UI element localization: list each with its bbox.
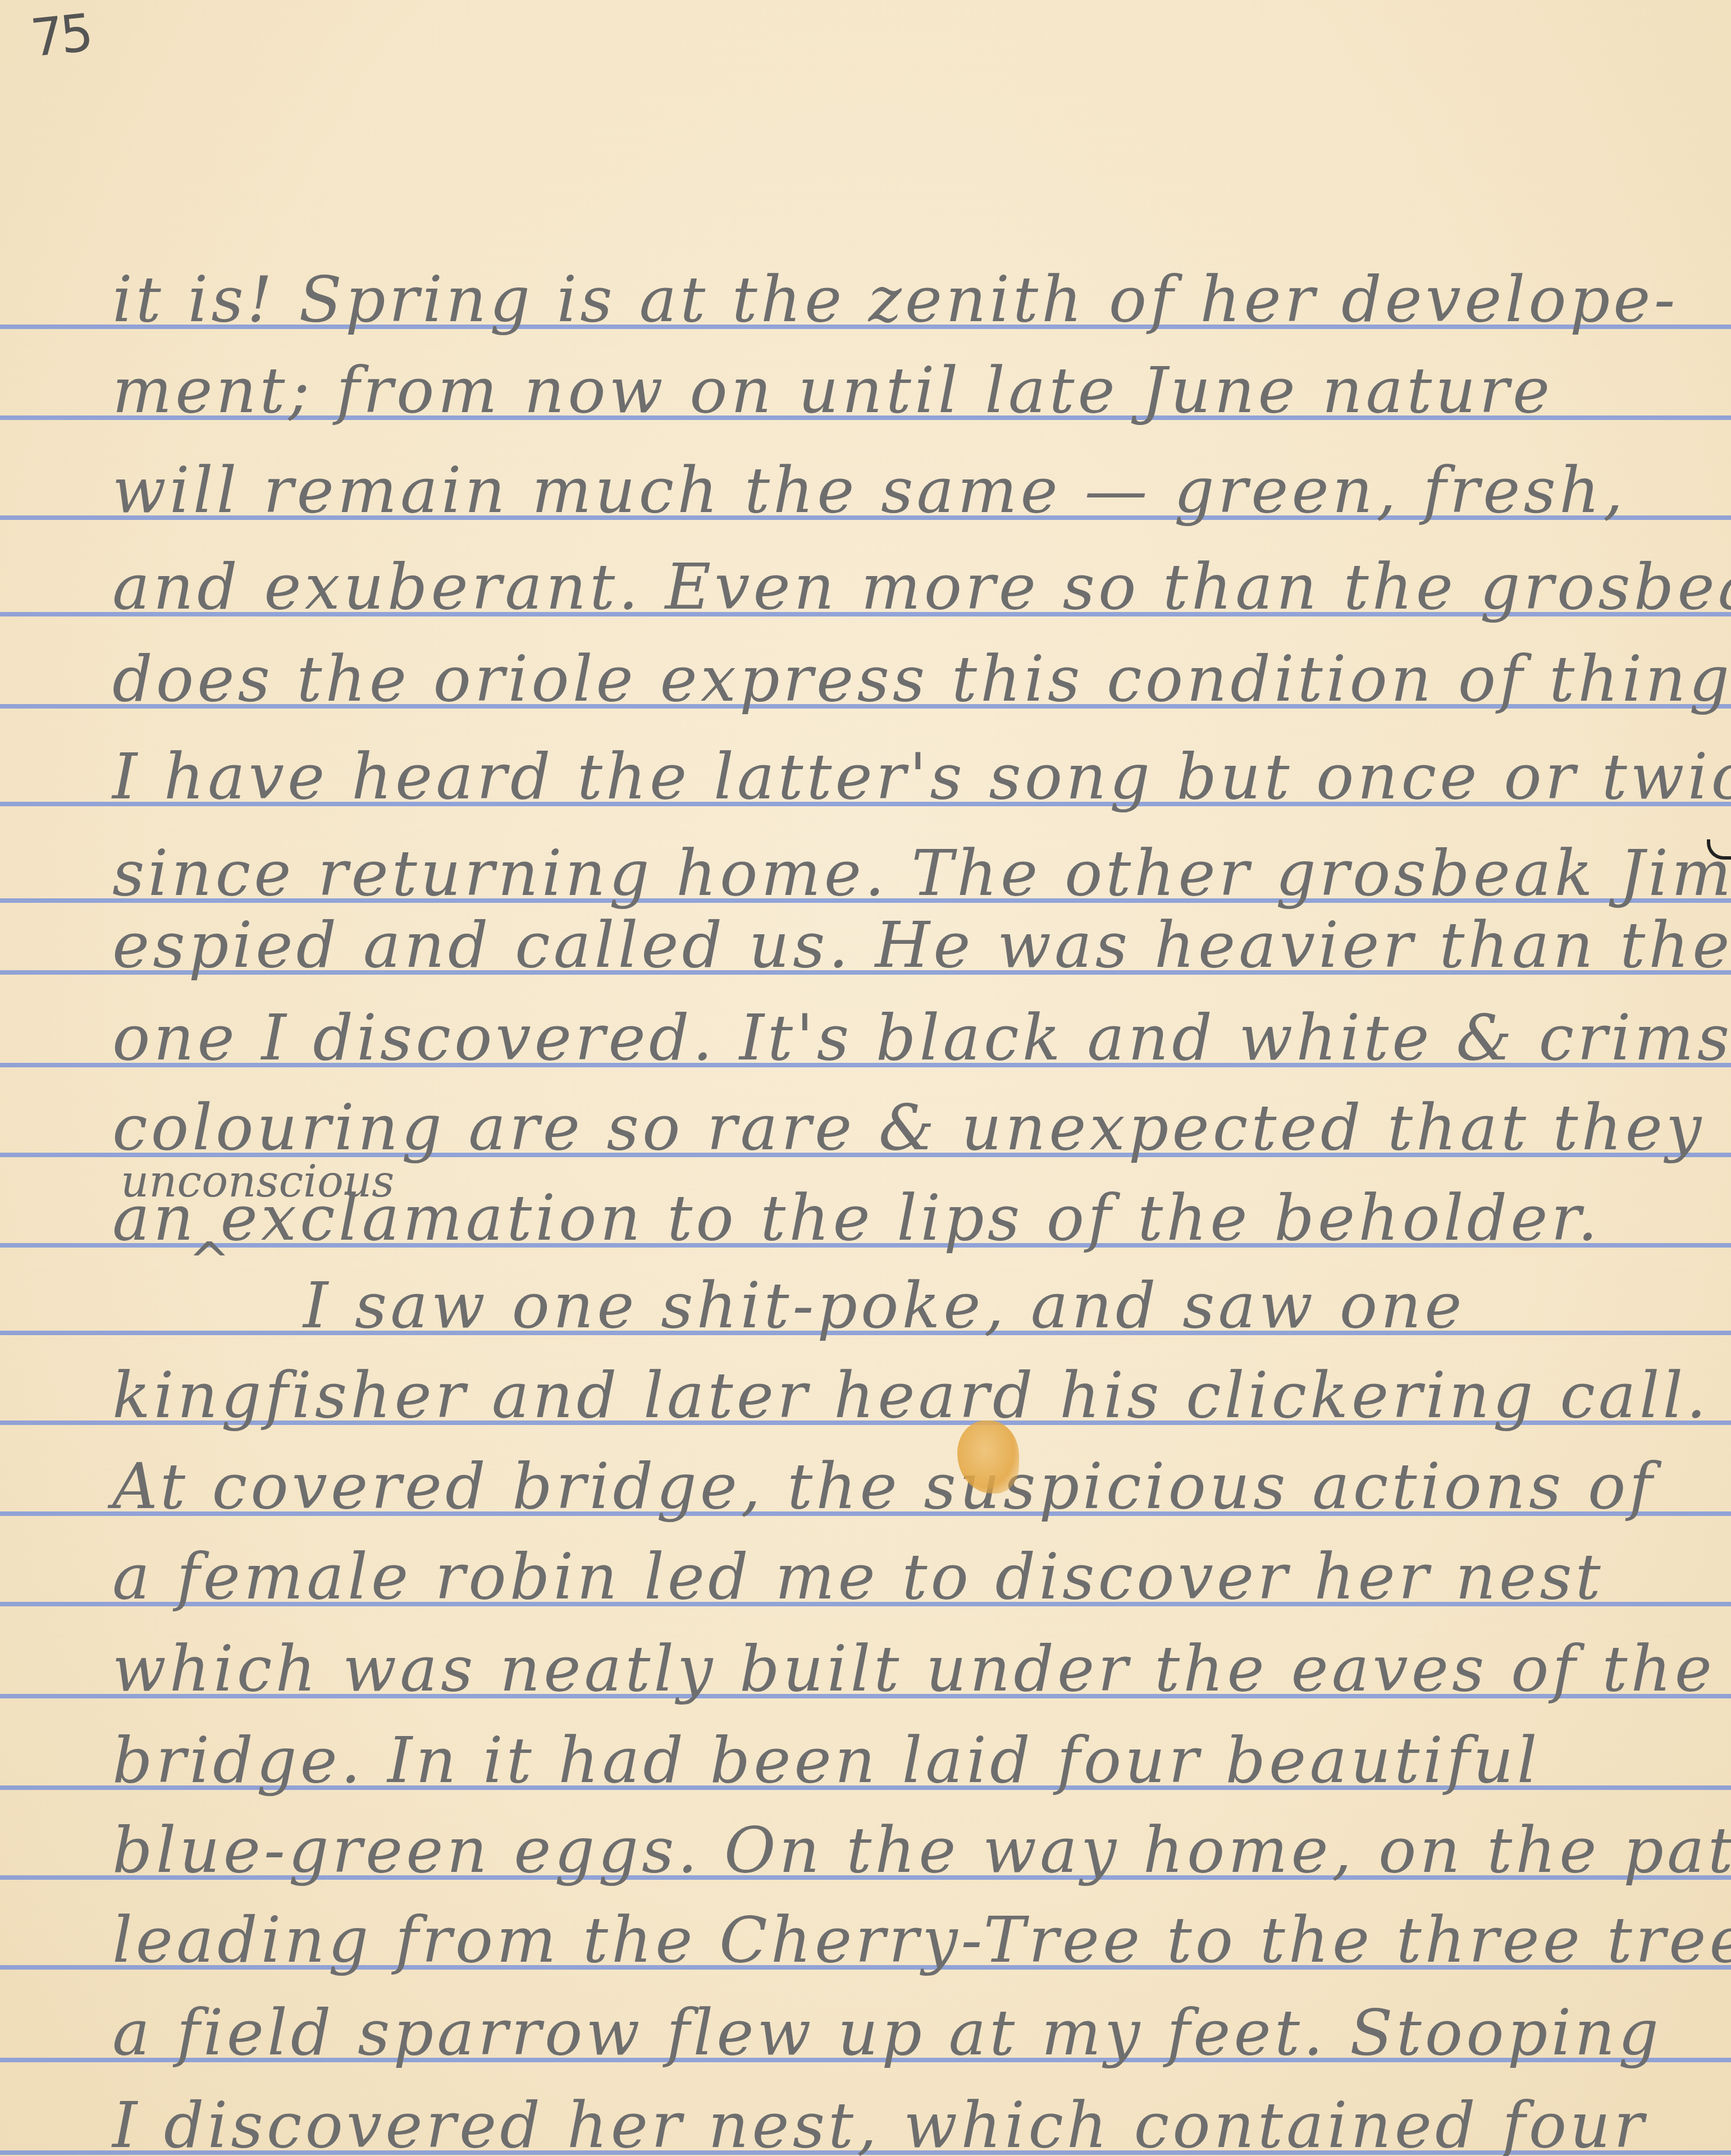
text-line-11: an exclamation to the lips of the behold…: [112, 1187, 1718, 1250]
text-line-19: leading from the Cherry-Tree to the thre…: [112, 1909, 1718, 1972]
text-line-8: espied and called us. He was heavier tha…: [112, 914, 1718, 977]
text-line-5: does the oriole express this condition o…: [112, 648, 1718, 711]
text-line-20: a field sparrow flew up at my feet. Stoo…: [112, 2002, 1718, 2064]
text-line-6: I have heard the latter's song but once …: [112, 746, 1718, 808]
text-line-9: one I discovered. It's black and white &…: [112, 1007, 1718, 1070]
text-line-21: I discovered her nest, which contained f…: [112, 2094, 1718, 2156]
text-line-12: I saw one shit-poke, and saw one: [303, 1275, 1731, 1337]
text-line-17: bridge. In it had been laid four beautif…: [112, 1729, 1718, 1792]
text-line-14: At covered bridge, the suspicious action…: [112, 1455, 1718, 1518]
text-line-2: ment; from now on until late June nature: [112, 359, 1718, 422]
text-line-10: colouring are so rare & unexpected that …: [112, 1097, 1718, 1159]
text-line-4: and exuberant. Even more so than the gro…: [112, 556, 1718, 619]
page-number: 75: [28, 3, 93, 68]
text-line-7: since returning home. The other grosbeak…: [112, 842, 1718, 905]
text-line-16: which was neatly built under the eaves o…: [112, 1638, 1718, 1701]
text-line-13: kingfisher and later heard his clickerin…: [112, 1364, 1718, 1427]
journal-page: 75 it is! Spring is at the zenith of her…: [0, 0, 1731, 2156]
text-line-18: blue-green eggs. On the way home, on the…: [112, 1819, 1718, 1882]
insertion-caret: ^: [188, 1232, 230, 1291]
text-line-3: will remain much the same — green, fresh…: [112, 459, 1718, 522]
text-line-15: a female robin led me to discover her ne…: [112, 1546, 1718, 1609]
text-line-1: it is! Spring is at the zenith of her de…: [112, 268, 1718, 331]
